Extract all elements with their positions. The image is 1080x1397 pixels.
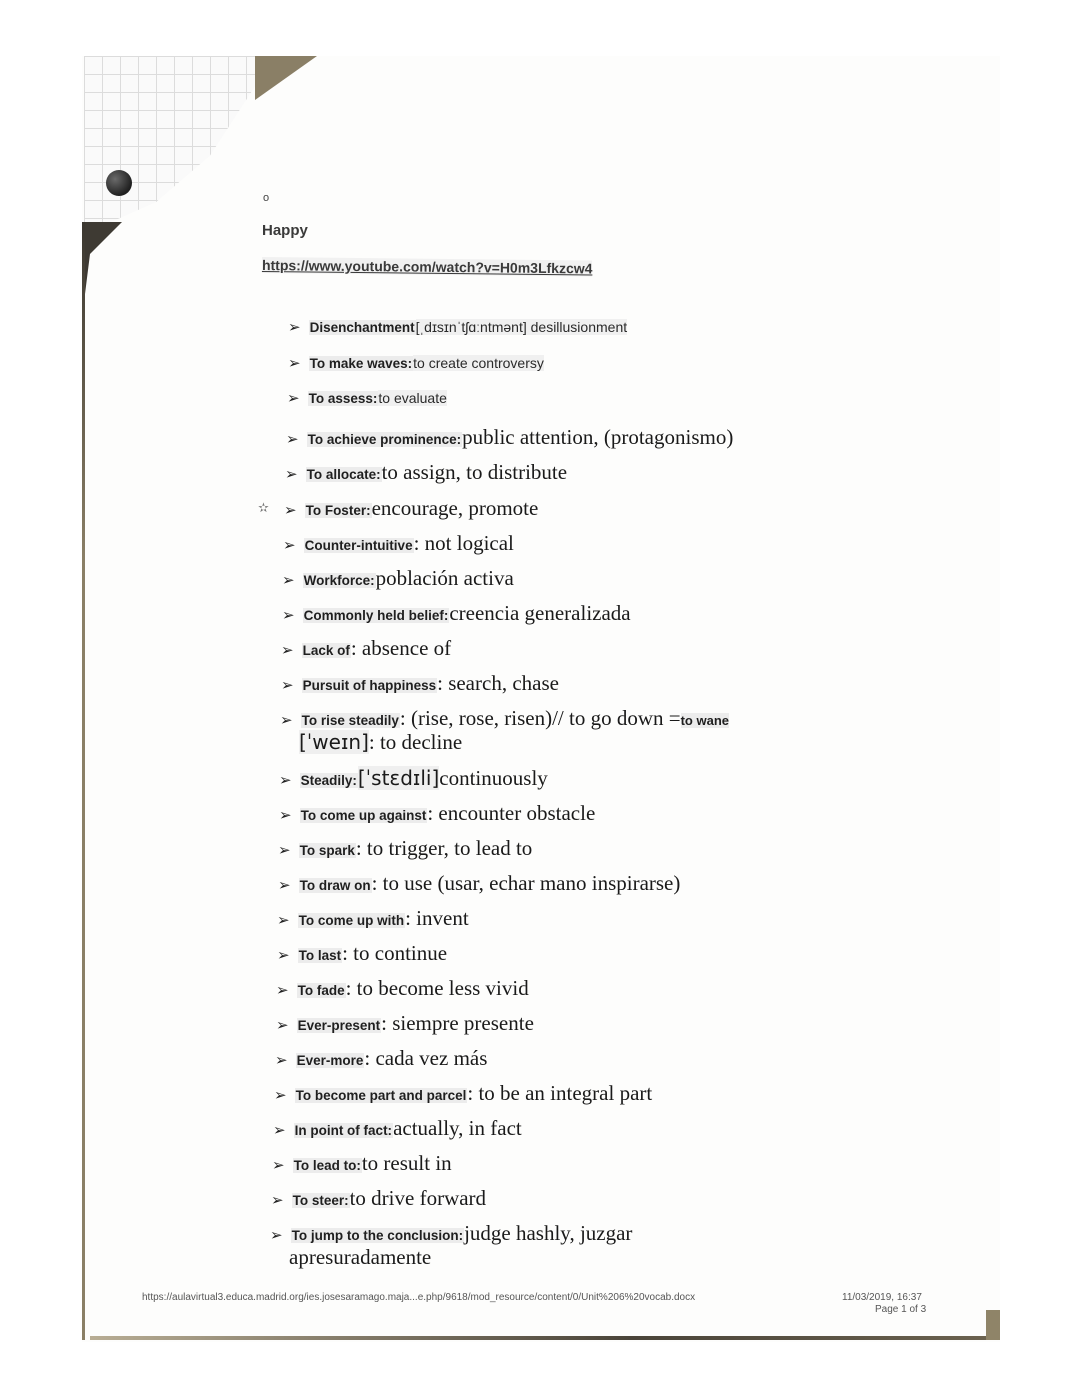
vocab-definition: creencia generalizada	[449, 601, 630, 626]
pronunciation: [ˈweɪn]	[299, 730, 369, 754]
vocab-term: To come up with	[298, 913, 406, 928]
footer-datetime: 11/03/2019, 16:37	[842, 1292, 922, 1303]
vocab-definition: : absence of	[351, 636, 451, 661]
vocab-definition: : search, chase	[437, 671, 559, 696]
vocab-definition: : to continue	[342, 941, 447, 966]
paper-edge-bottom	[90, 1336, 992, 1340]
arrow-bullet-icon: ➢	[270, 1226, 283, 1244]
vocab-definition: : to be an integral part	[467, 1081, 652, 1106]
vocab-item: ➢To Foster: encourage, promote	[284, 496, 538, 521]
vocab-term: Ever-present	[297, 1018, 382, 1033]
vocab-term-inline: to wane	[681, 713, 729, 728]
vocab-term: To steer:	[292, 1193, 350, 1208]
vocab-item: ➢Counter-intuitive: not logical	[283, 531, 514, 556]
vocab-definition: to assign, to distribute	[382, 460, 568, 485]
vocab-item: ➢To come up against: encounter obstacle	[279, 801, 595, 826]
vocab-term: To last	[298, 948, 343, 963]
paper-sheet	[82, 56, 1000, 1342]
vocab-definition: : to become less vivid	[346, 976, 529, 1001]
arrow-bullet-icon: ➢	[279, 806, 292, 824]
arrow-bullet-icon: ➢	[274, 1086, 287, 1104]
vocab-definition: judge hashly, juzgar	[464, 1221, 632, 1246]
paper-edge-corner	[986, 1310, 1000, 1340]
vocab-definition: población activa	[376, 566, 514, 591]
vocab-item: ➢In point of fact: actually, in fact	[273, 1116, 522, 1141]
vocab-term: Commonly held belief:	[303, 608, 450, 623]
vocab-item: ➢Lack of: absence of	[281, 636, 451, 661]
arrow-bullet-icon: ➢	[279, 771, 292, 789]
arrow-bullet-icon: ➢	[278, 876, 291, 894]
vocab-item: ➢To last: to continue	[277, 941, 447, 966]
arrow-bullet-icon: ➢	[281, 676, 294, 694]
vocab-item: ➢To come up with: invent	[277, 906, 469, 931]
vocab-definition: to drive forward	[350, 1186, 486, 1211]
vocab-item: ➢Ever-more: cada vez más	[275, 1046, 487, 1071]
star-annotation-icon: ✫	[258, 500, 269, 516]
vocab-item: ➢To lead to: to result in	[272, 1151, 452, 1176]
vocab-definition: to create controversy	[413, 355, 544, 371]
vocab-definition: : cada vez más	[364, 1046, 487, 1071]
vocab-item: ➢Steadily: [ˈstɛdɪli]continuously	[279, 766, 548, 791]
vocab-definition: to result in	[362, 1151, 452, 1176]
vocab-item: ➢To spark: to trigger, to lead to	[278, 836, 532, 861]
arrow-bullet-icon: ➢	[277, 946, 290, 964]
arrow-bullet-icon: ➢	[288, 318, 301, 336]
arrow-bullet-icon: ➢	[280, 711, 293, 729]
vocab-term: Pursuit of happiness	[302, 678, 438, 693]
vocab-definition: continuously	[439, 766, 548, 791]
vocab-definition: : to trigger, to lead to	[356, 836, 532, 861]
vocab-definition: : invent	[405, 906, 469, 931]
arrow-bullet-icon: ➢	[288, 354, 301, 372]
arrow-bullet-icon: ➢	[284, 501, 297, 519]
arrow-bullet-icon: ➢	[271, 1191, 284, 1209]
vocab-item: ➢Ever-present: siempre presente	[276, 1011, 534, 1036]
vocab-term: To Foster:	[305, 503, 372, 518]
arrow-bullet-icon: ➢	[286, 430, 299, 448]
vocab-item: ➢To allocate: to assign, to distribute	[285, 460, 567, 485]
page-title: Happy	[262, 222, 308, 239]
vocab-definition: [ˌdɪsɪnˈtʃɑːntmənt] desillusionment	[416, 319, 628, 335]
vocab-term: Counter-intuitive	[304, 538, 414, 553]
punch-hole-icon	[106, 170, 132, 196]
vocab-definition-continued: apresuradamente	[289, 1245, 431, 1270]
arrow-bullet-icon: ➢	[277, 911, 290, 929]
paper-edge-left	[82, 222, 85, 1340]
vocab-term: Workforce:	[303, 573, 376, 588]
vocab-term: To assess:	[308, 391, 379, 406]
vocab-item: ➢Workforce: población activa	[282, 566, 514, 591]
vocab-item: ➢To jump to the conclusion: judge hashly…	[270, 1221, 632, 1246]
vocab-definition-continued: [ˈweɪn]: to decline	[299, 730, 462, 755]
footer-url: https://aulavirtual3.educa.madrid.org/ie…	[142, 1292, 695, 1303]
arrow-bullet-icon: ➢	[281, 641, 294, 659]
arrow-bullet-icon: ➢	[272, 1156, 285, 1174]
arrow-bullet-icon: ➢	[276, 981, 289, 999]
vocab-item: ➢To become part and parcel: to be an int…	[274, 1081, 652, 1106]
vocab-definition: encourage, promote	[372, 496, 539, 521]
vocab-term: Ever-more	[296, 1053, 365, 1068]
arrow-bullet-icon: ➢	[273, 1121, 286, 1139]
vocab-item: ➢To assess: to evaluate	[287, 389, 447, 407]
arrow-bullet-icon: ➢	[285, 465, 298, 483]
arrow-bullet-icon: ➢	[282, 606, 295, 624]
vocab-item: ➢Commonly held belief: creencia generali…	[282, 601, 631, 626]
pronunciation: [ˈstɛdɪli]	[358, 766, 439, 790]
vocab-definition: to evaluate	[378, 390, 447, 406]
arrow-bullet-icon: ➢	[282, 571, 295, 589]
vocab-definition: : to use (usar, echar mano inspirarse)	[372, 871, 681, 896]
vocab-term: To make waves:	[309, 356, 414, 371]
vocab-term: To draw on	[299, 878, 372, 893]
vocab-definition: : not logical	[414, 531, 514, 556]
vocab-item: ➢To make waves: to create controversy	[288, 354, 544, 372]
vocab-definition: : (rise, rose, risen)// to go down =	[400, 706, 681, 731]
arrow-bullet-icon: ➢	[276, 1016, 289, 1034]
arrow-bullet-icon: ➢	[275, 1051, 288, 1069]
vocab-term: To allocate:	[306, 467, 382, 482]
arrow-bullet-icon: ➢	[283, 536, 296, 554]
vocab-definition: actually, in fact	[393, 1116, 522, 1141]
vocab-term: Disenchantment	[309, 320, 416, 335]
vocab-term: To lead to:	[293, 1158, 362, 1173]
vocab-term: To achieve prominence:	[307, 432, 463, 447]
vocab-definition: public attention, (protagonismo)	[462, 425, 733, 450]
vocab-term: In point of fact:	[294, 1123, 393, 1138]
vocab-definition: : siempre presente	[381, 1011, 534, 1036]
vocab-term: To come up against	[300, 808, 428, 823]
vocab-term: To jump to the conclusion:	[291, 1228, 465, 1243]
vocab-term: To fade	[297, 983, 346, 998]
vocab-item: ➢Disenchantment [ˌdɪsɪnˈtʃɑːntmənt] desi…	[288, 318, 627, 336]
bullet-marker: o	[263, 192, 269, 204]
arrow-bullet-icon: ➢	[278, 841, 291, 859]
footer-page-number: Page 1 of 3	[875, 1304, 926, 1315]
vocab-term: To become part and parcel	[295, 1088, 468, 1103]
vocab-item: ➢To draw on: to use (usar, echar mano in…	[278, 871, 680, 896]
vocab-definition: : encounter obstacle	[427, 801, 595, 826]
vocab-item: ➢To achieve prominence: public attention…	[286, 425, 733, 450]
arrow-bullet-icon: ➢	[287, 389, 300, 407]
vocab-item: ➢To steer: to drive forward	[271, 1186, 486, 1211]
vocab-item: ➢To rise steadily: (rise, rose, risen)//…	[280, 706, 729, 731]
vocab-item: ➢Pursuit of happiness: search, chase	[281, 671, 559, 696]
vocab-item: ➢To fade: to become less vivid	[276, 976, 529, 1001]
vocab-term: To spark	[299, 843, 356, 858]
vocab-term: Lack of	[302, 643, 351, 658]
vocab-term: Steadily:	[300, 773, 358, 788]
vocab-term: To rise steadily	[301, 713, 400, 728]
